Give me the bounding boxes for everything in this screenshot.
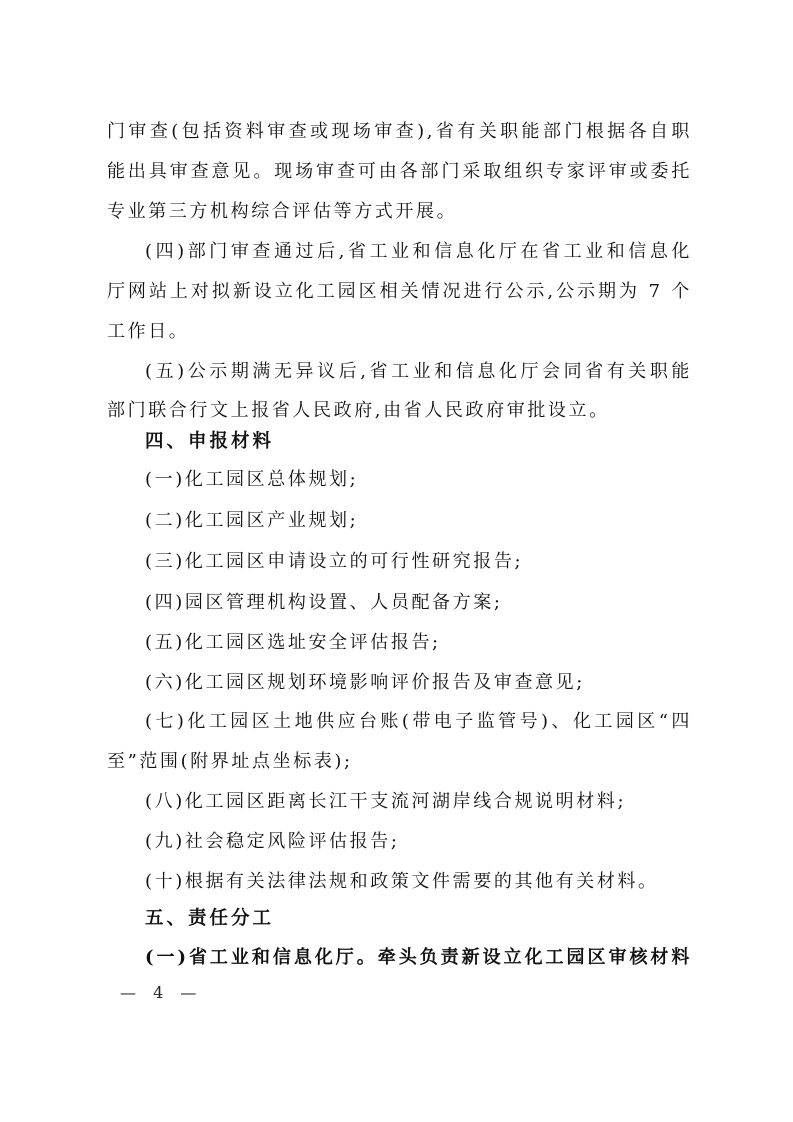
list-item: (一)化工园区总体规划; [145, 460, 692, 500]
section-heading: 四、申报材料 [145, 422, 692, 462]
paragraph-line: 工作日。 [107, 312, 692, 352]
paragraph-line: (四)部门审查通过后,省工业和信息化厅在省工业和信息化 [145, 232, 692, 272]
paragraph-line: (五)公示期满无异议后,省工业和信息化厅会同省有关职能 [145, 352, 692, 392]
list-item: (四)园区管理机构设置、人员配备方案; [145, 583, 692, 623]
page-number: — 4 — [120, 980, 202, 1006]
list-item: (七)化工园区土地供应台账(带电子监管号)、化工园区“四 [145, 702, 692, 742]
list-item: (五)化工园区选址安全评估报告; [145, 623, 692, 663]
paragraph-line: 能出具审查意见。现场审查可由各部门采取组织专家评审或委托 [107, 152, 692, 192]
list-item: (十)根据有关法律法规和政策文件需要的其他有关材料。 [145, 862, 692, 902]
list-item-continuation: 至”范围(附界址点坐标表); [107, 742, 692, 782]
list-item: (二)化工园区产业规划; [145, 501, 692, 541]
list-item: (九)社会稳定风险评估报告; [145, 822, 692, 862]
paragraph-line: (一)省工业和信息化厅。牵头负责新设立化工园区审核材料 [145, 938, 692, 978]
paragraph-line: 专业第三方机构综合评估等方式开展。 [107, 192, 692, 232]
paragraph-line: 门审查(包括资料审查或现场审查),省有关职能部门根据各自职 [107, 112, 692, 152]
document-page: 门审查(包括资料审查或现场审查),省有关职能部门根据各自职 能出具审查意见。现场… [0, 0, 793, 1122]
list-item: (八)化工园区距离长江干支流河湖岸线合规说明材料; [145, 782, 692, 822]
section-heading: 五、责任分工 [145, 899, 692, 939]
paragraph-line: 厅网站上对拟新设立化工园区相关情况进行公示,公示期为 7 个 [107, 272, 692, 312]
list-item: (六)化工园区规划环境影响评价报告及审查意见; [145, 663, 692, 703]
list-item: (三)化工园区申请设立的可行性研究报告; [145, 542, 692, 582]
